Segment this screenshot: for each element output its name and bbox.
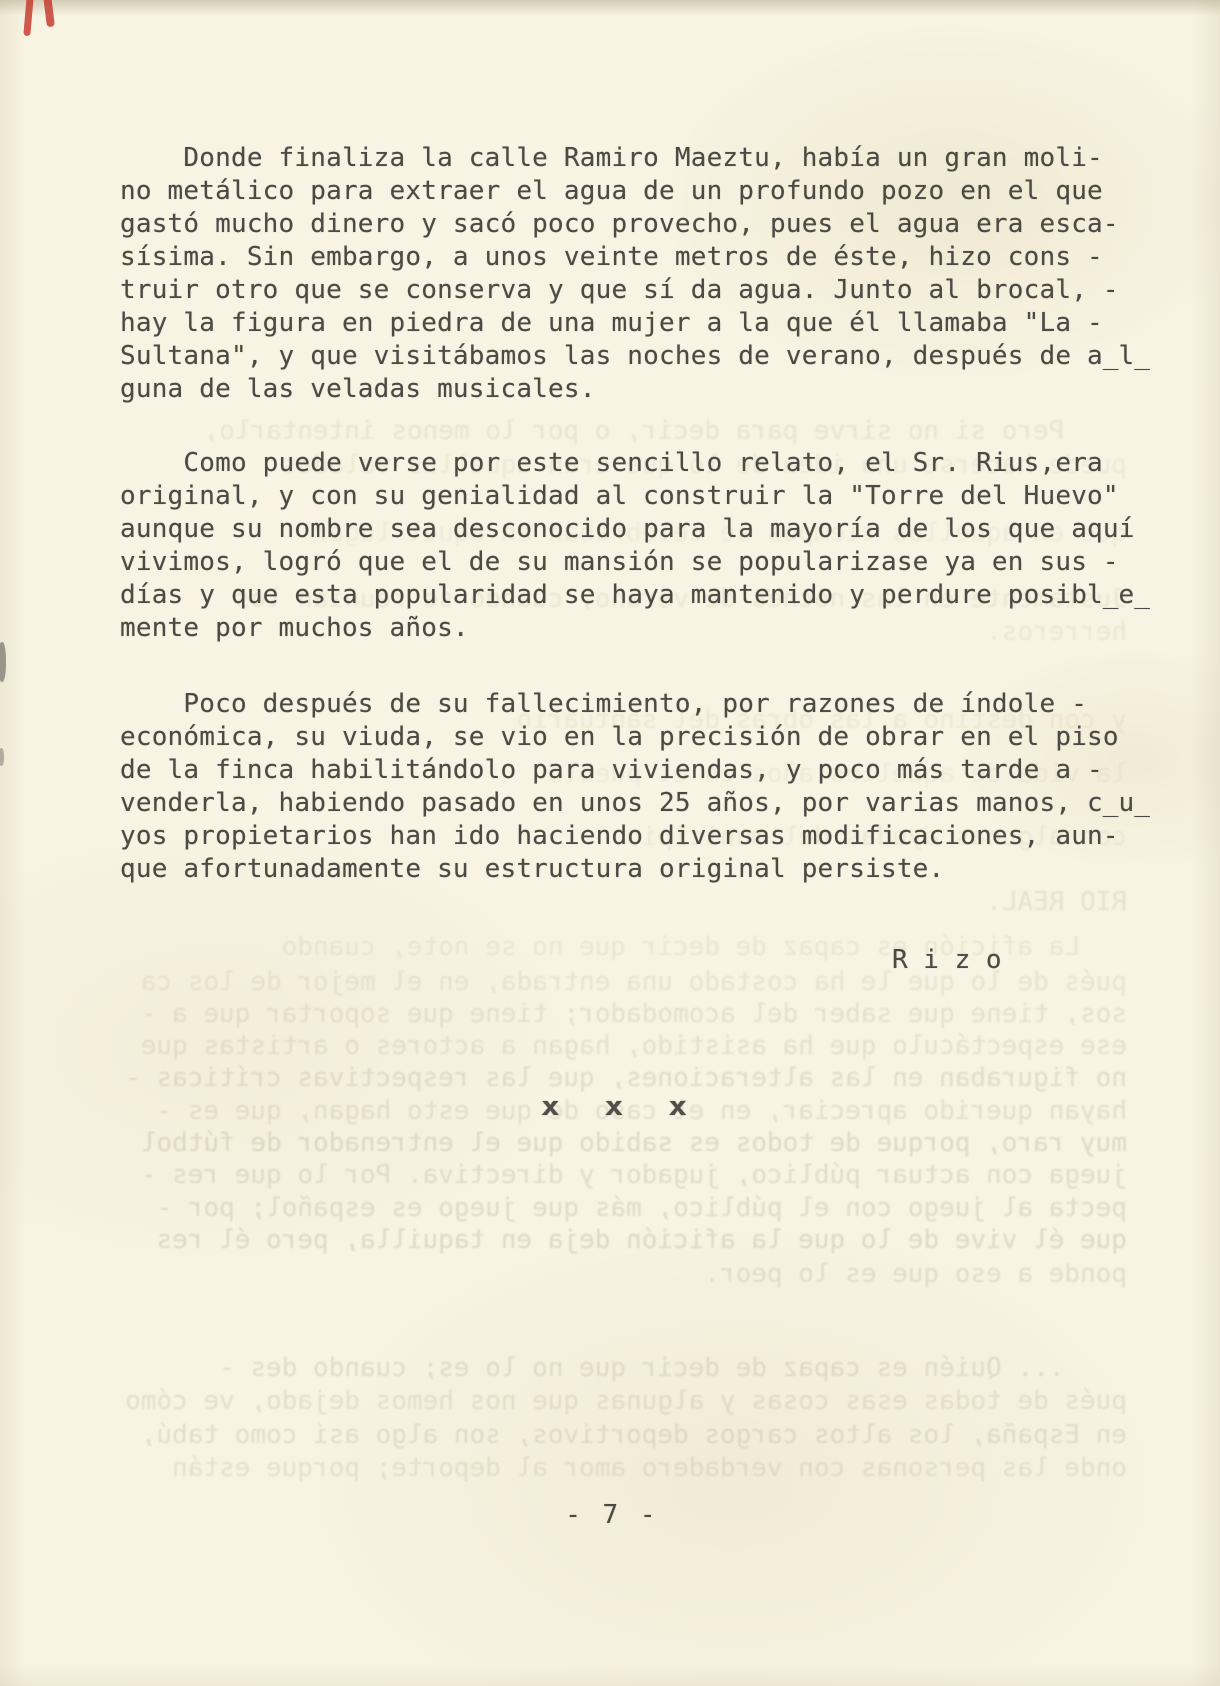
text-line: original, y con su genialidad al constru…: [120, 480, 1150, 513]
text-line: Donde finaliza la calle Ramiro Maeztu, h…: [120, 142, 1150, 175]
text-line: no metálico para extraer el agua de un p…: [120, 175, 1150, 208]
text-line: yos propietarios han ido haciendo divers…: [120, 820, 1150, 853]
text-line: mente por muchos años.: [120, 612, 1150, 645]
text-line: Sultana", y que visitábamos las noches d…: [120, 340, 1150, 373]
text-line: sísima. Sin embargo, a unos veinte metro…: [120, 241, 1150, 274]
x-mark: x: [605, 1095, 624, 1120]
paragraph: Donde finaliza la calle Ramiro Maeztu, h…: [120, 142, 1150, 406]
text-line: truir otro que se conserva y que sí da a…: [120, 274, 1150, 307]
text-line: vivimos, logró que el de su mansión se p…: [120, 546, 1150, 579]
text-line: Poco después de su fallecimiento, por ra…: [120, 688, 1150, 721]
x-mark: x: [541, 1095, 560, 1120]
text-line: económica, su viuda, se vio en la precis…: [120, 721, 1150, 754]
text-line: que afortunadamente su estructura origin…: [120, 853, 1150, 886]
text-line: aunque su nombre sea desconocido para la…: [120, 513, 1150, 546]
paragraph: Como puede verse por este sencillo relat…: [120, 447, 1150, 645]
document-page: Pero si no sirve para decir, o por lo me…: [0, 0, 1220, 1686]
typewritten-text: Donde finaliza la calle Ramiro Maeztu, h…: [0, 0, 1220, 1686]
text-line: guna de las veladas musicales.: [120, 373, 1150, 406]
separator-marks: xxx: [541, 1092, 687, 1122]
author-signature: R i z o: [892, 944, 1002, 977]
text-line: Como puede verse por este sencillo relat…: [120, 447, 1150, 480]
text-line: hay la figura en piedra de una mujer a l…: [120, 307, 1150, 340]
text-line: de la finca habilitándolo para viviendas…: [120, 754, 1150, 787]
text-line: venderla, habiendo pasado en unos 25 año…: [120, 787, 1150, 820]
text-line: días y que esta popularidad se haya mant…: [120, 579, 1150, 612]
text-line: gastó mucho dinero y sacó poco provecho,…: [120, 208, 1150, 241]
x-mark: x: [668, 1095, 687, 1120]
page-number: - 7 -: [565, 1500, 658, 1530]
paragraph: Poco después de su fallecimiento, por ra…: [120, 688, 1150, 886]
